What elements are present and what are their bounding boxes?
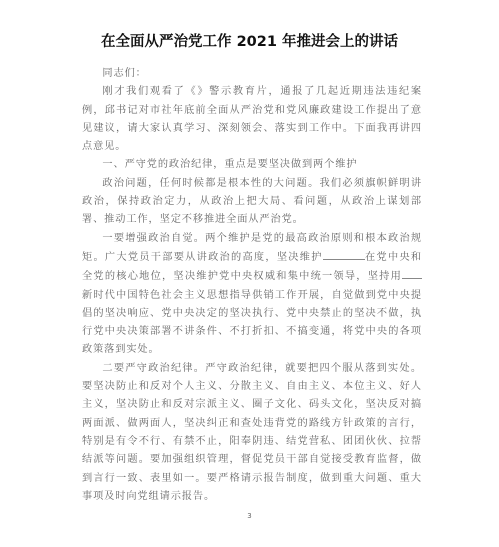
paragraph-political-awareness: 一要增强政治自觉。两个维护是党的最高政治原则和根本政治规矩。广大党员干部要从讲政… xyxy=(82,230,422,360)
section-heading-one: 一、严守党的政治纪律，重点是要坚决做到两个维护 xyxy=(82,156,422,174)
document-page: 在全面从严治党工作 2021 年推进会上的讲话 同志们： 刚才我们观看了《》警示… xyxy=(0,0,499,547)
paragraph-political-issue: 政治问题，任何时候都是根本性的大问题。我们必须旗帜鲜明讲政治，保持政治定力，从政… xyxy=(82,175,422,230)
blank-line xyxy=(323,248,365,260)
paragraph-text-part3: 新时代中国特色社会主义思想指导供销工作开展，自觉做到党中央提倡的坚决响应、党中央… xyxy=(82,290,422,356)
paragraph-political-discipline: 二要严守政治纪律。严守政治纪律，就要把四个服从落到实处。要坚决防止和反对个人主义… xyxy=(82,360,422,506)
paragraph-intro: 刚才我们观看了《》警示教育片，通报了几起近期违法违纪案例，邱书记对市社年底前全面… xyxy=(82,83,422,156)
salutation: 同志们： xyxy=(82,65,422,83)
blank-line xyxy=(402,267,422,279)
document-body: 同志们： 刚才我们观看了《》警示教育片，通报了几起近期违法违纪案例，邱书记对市社… xyxy=(82,65,422,506)
page-number: 3 xyxy=(0,512,499,520)
document-title: 在全面从严治党工作 2021 年推进会上的讲话 xyxy=(0,30,499,51)
